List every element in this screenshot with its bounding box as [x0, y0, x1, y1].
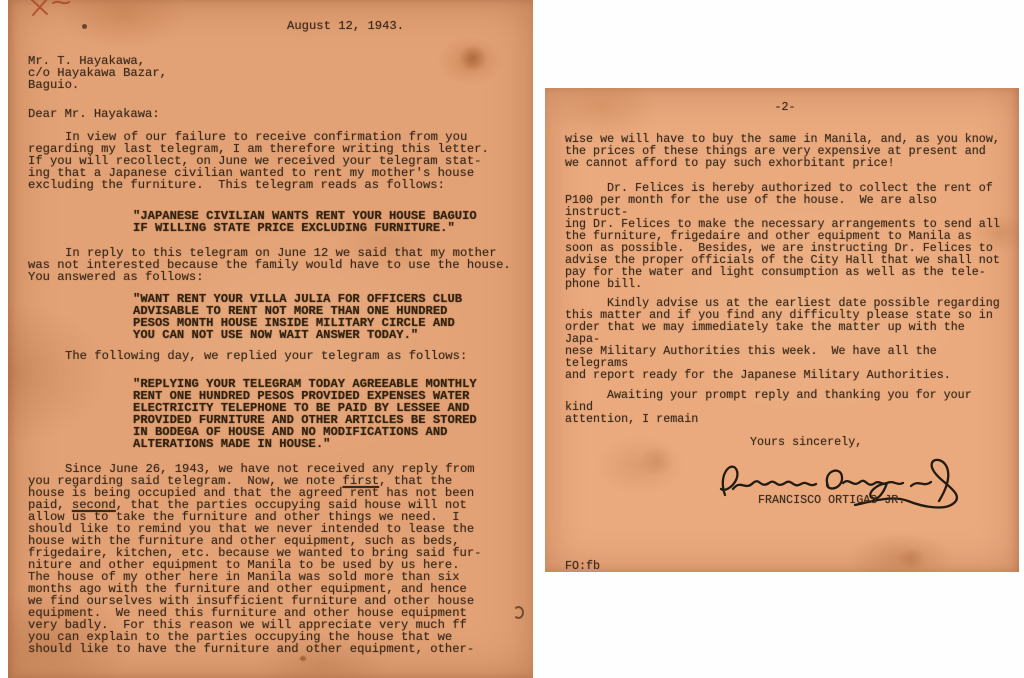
paper-stain [895, 550, 929, 568]
page-number: -2- [565, 101, 1005, 113]
paragraph-2: In reply to this telegram on June 12 we … [28, 247, 525, 283]
telegram-quote-2: "WANT RENT YOUR VILLA JULIA FOR OFFICERS… [133, 293, 525, 341]
paragraph-4: Since June 26, 1943, we have not receive… [28, 463, 525, 655]
letter-page-2: -2- wise we will have to buy the same in… [545, 88, 1019, 572]
paragraph-7: Kindly advise us at the earliest date po… [565, 297, 1005, 381]
paragraph-1: In view of our failure to receive confir… [28, 131, 525, 191]
letter-scan: August 12, 1943. Mr. T. Hayakawa, c/o Ha… [0, 0, 1024, 678]
letter-date: August 12, 1943. [287, 20, 525, 32]
ink-smudge [513, 606, 524, 619]
paragraph-3: The following day, we replied your teleg… [28, 350, 525, 362]
paragraph-8: Awaiting your prompt reply and thanking … [565, 389, 1005, 425]
typed-signature-name: FRANCISCO ORTIGAS JR. [758, 494, 905, 506]
paragraph-6: Dr. Felices is hereby authorized to coll… [565, 182, 1005, 290]
signature-block: Yours sincerely, FRANCISCO ORTIGAS JR. [565, 425, 1005, 545]
signature-francisco-ortigas [703, 439, 1015, 523]
recipient-address: Mr. T. Hayakawa, c/o Hayakawa Bazar, Bag… [28, 55, 525, 91]
handwritten-mark [26, 0, 70, 22]
typist-initials: FO:fb [565, 560, 1005, 572]
paragraph-4-text: , that the parties occupying said house … [28, 498, 481, 656]
ink-spot [82, 24, 87, 29]
telegram-quote-3: "REPLYING YOUR TELEGRAM TODAY AGREEABLE … [133, 378, 525, 450]
letter-page-1: August 12, 1943. Mr. T. Hayakawa, c/o Ha… [8, 0, 533, 678]
paper-stain [300, 656, 306, 661]
salutation: Dear Mr. Hayakawa: [28, 108, 525, 120]
paragraph-5: wise we will have to buy the same in Man… [565, 133, 1005, 169]
paper-stain [458, 46, 488, 70]
telegram-quote-1: "JAPANESE CIVILIAN WANTS RENT YOUR HOUSE… [133, 210, 525, 234]
